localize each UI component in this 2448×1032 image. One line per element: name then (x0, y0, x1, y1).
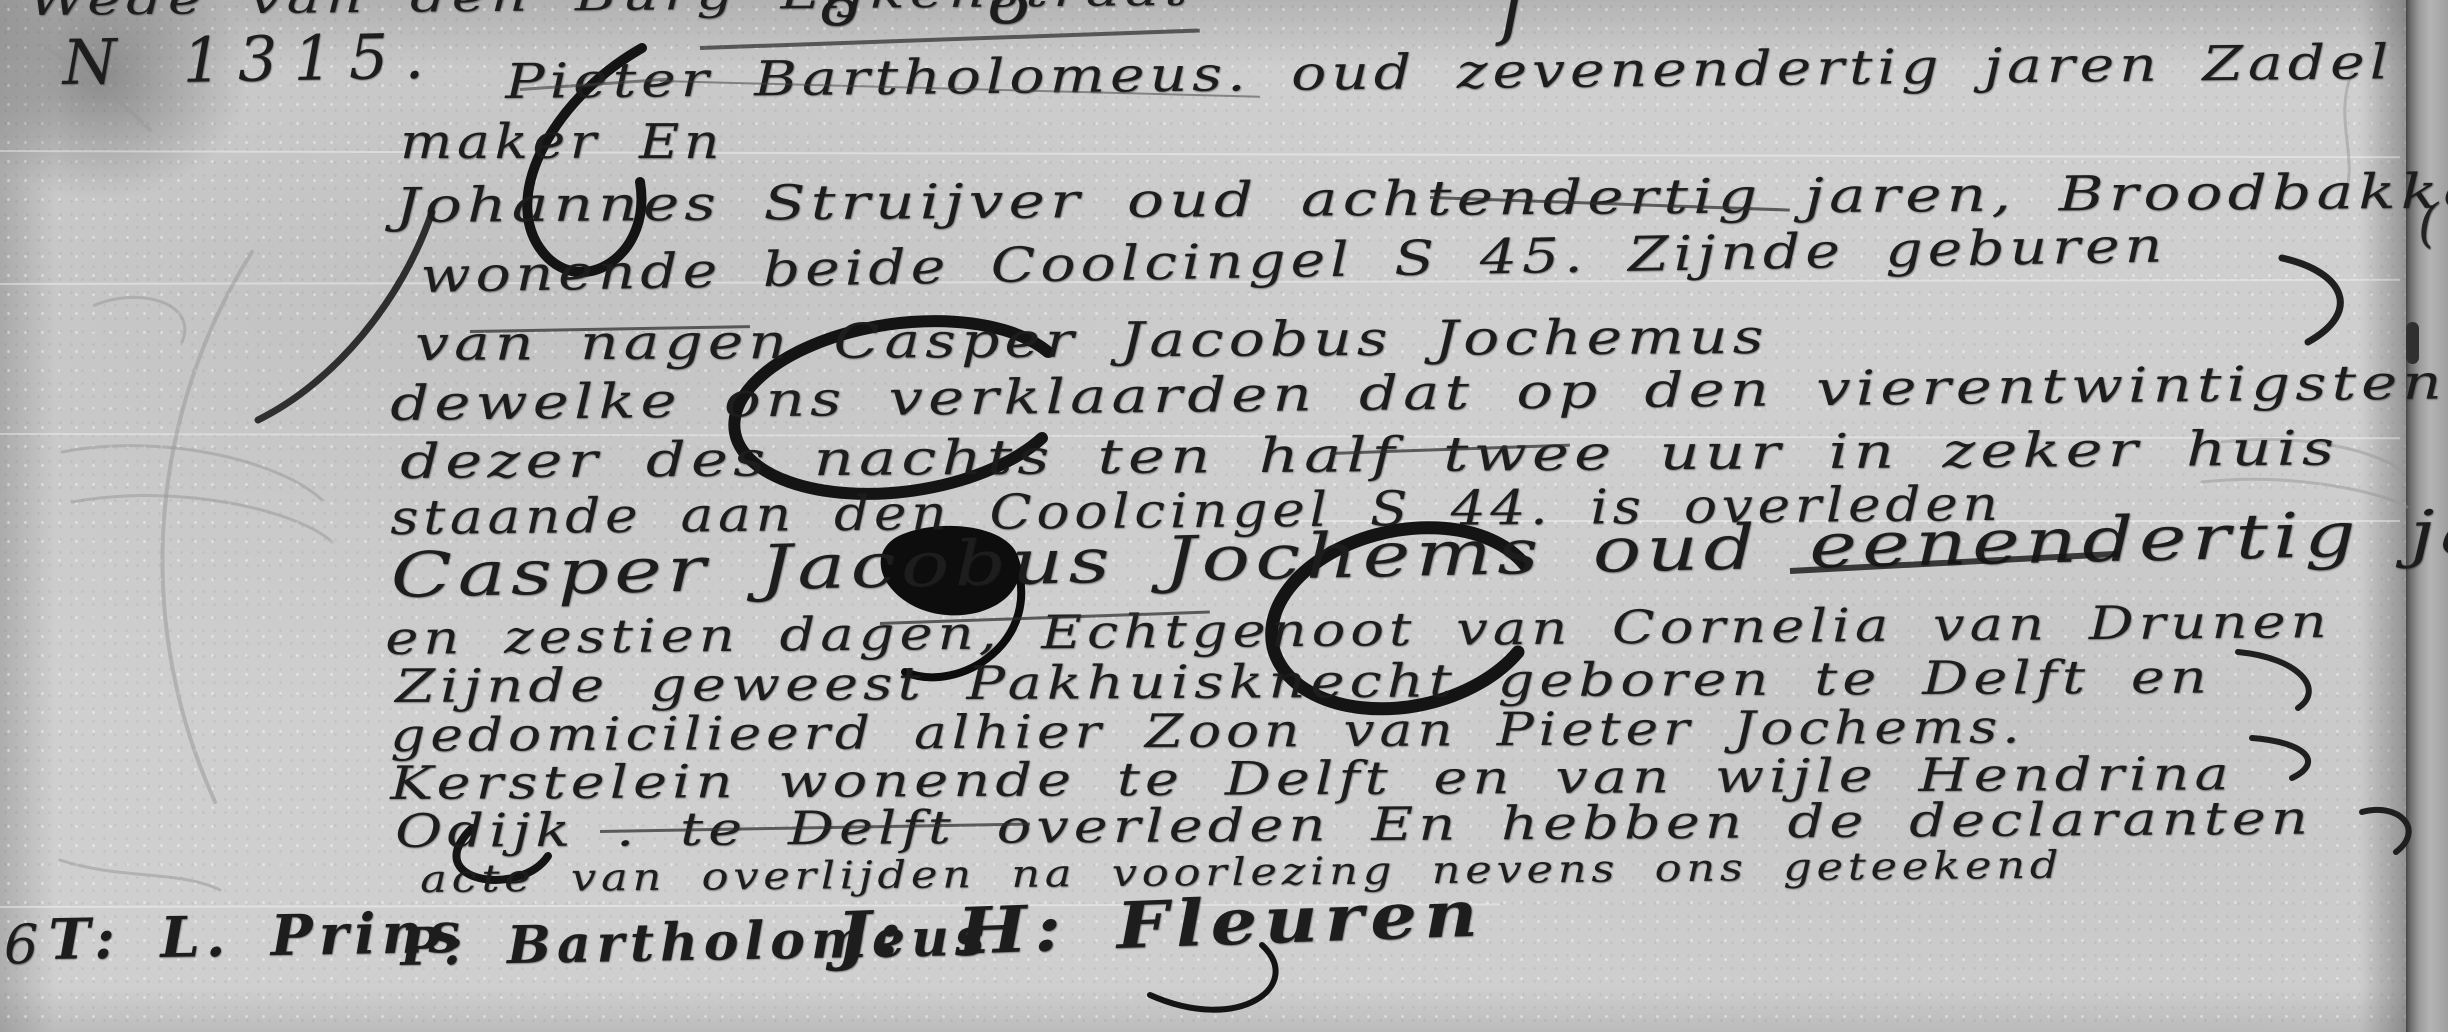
manuscript-line: maker En (400, 118, 724, 166)
stray-ink-mark: f (1500, 0, 1532, 42)
record-number: N 1315. (62, 25, 440, 94)
manuscript-line: dezer des nachts ten half twee uur in ze… (400, 424, 2339, 486)
scanned-document-page: ( (0, 0, 2448, 1032)
margin-number: 6 (4, 918, 42, 972)
manuscript-line: van nagen Casper Jacobus Jochemus (415, 313, 1769, 368)
